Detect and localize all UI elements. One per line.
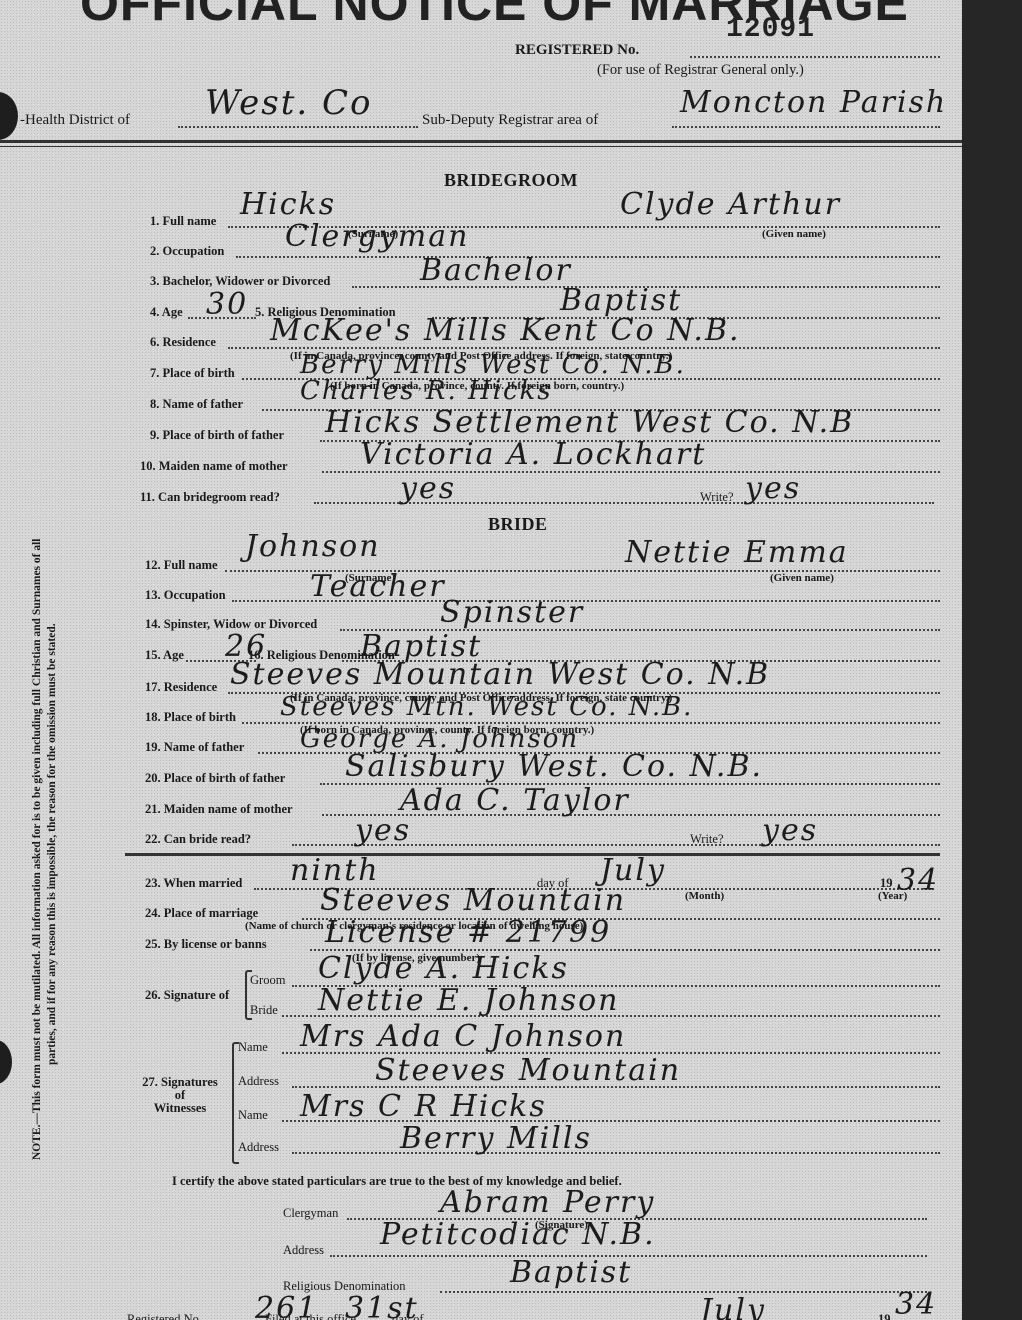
field-label: 21. Maiden name of mother [145,802,293,817]
write-label: Write? [700,490,734,505]
field-label: 20. Place of birth of father [145,771,285,786]
bride-surname: Johnson [245,532,381,562]
field-label: 8. Name of father [150,397,243,412]
witness-1-address: Steeves Mountain [375,1056,681,1086]
scan-edge [962,0,1022,1320]
field-label: 15. Age [145,648,184,663]
field-label: 7. Place of birth [150,366,235,381]
dotted-line [690,56,940,58]
bride-place-of-birth: Steeves Mtn. West Co. N.B. [280,694,693,720]
witnesses-label-line: Witnesses [125,1102,235,1115]
field-label: 19. Name of father [145,740,244,755]
field-label: 13. Occupation [145,588,226,603]
bride-marital-status: Spinster [440,598,584,628]
groom-given-name: Clyde Arthur [620,190,841,220]
groom-father-birthplace: Hicks Settlement West Co. N.B [325,408,854,438]
clergyman-label: Clergyman [283,1206,338,1221]
witness-1-name: Mrs Ada C Johnson [300,1022,626,1052]
witness-address-label: Address [238,1140,279,1155]
groom-surname: Hicks [240,190,336,220]
bride-mother-maiden-name: Ada C. Taylor [400,786,630,816]
groom-denomination: Baptist [560,286,682,316]
clergyman-address-label: Address [283,1243,324,1258]
field-label: 10. Maiden name of mother [140,459,288,474]
bride-signature-label: Bride [250,1003,278,1018]
marriage-notice-document: OFFICIAL NOTICE OF MARRIAGE 12091 REGIST… [0,0,962,1320]
when-married-label: 23. When married [145,876,242,891]
filed-month: July [700,1296,766,1320]
header-rule [0,140,962,143]
section-rule [125,853,940,856]
marriage-day: ninth [290,856,380,886]
groom-marital-status: Bachelor [420,256,572,286]
groom-mother-maiden-name: Victoria A. Lockhart [360,440,706,470]
field-label: 18. Place of birth [145,710,236,725]
bride-occupation: Teacher [310,572,446,602]
groom-signature-label: Groom [250,973,285,988]
signature-of-label: 26. Signature of [145,988,229,1003]
side-note: NOTE.—This form must not be mutilated. A… [30,360,60,1160]
year-prefix: 19 [880,876,893,891]
marriage-place: Steeves Mountain [320,886,626,916]
field-label: 11. Can bridegroom read? [140,490,280,505]
punch-hole [0,1040,12,1084]
filed-year-prefix: 19 [878,1312,891,1320]
health-district-label: -Health District of [20,112,130,129]
field-label: 6. Residence [150,335,216,350]
license-label: 25. By license or banns [145,937,267,952]
bride-can-read: yes [355,816,411,846]
header-rule [0,146,962,147]
registered-number-stamp: 12091 [726,14,815,45]
bride-residence: Steeves Mountain West Co. N.B [230,660,770,690]
dotted-line [178,126,418,128]
field-label: 1. Full name [150,214,216,229]
groom-can-write: yes [745,474,801,504]
year-caption: (Year) [878,890,907,902]
witnesses-label: 27. Signatures of Witnesses [125,1076,235,1115]
dotted-line [292,1152,940,1154]
dotted-line [440,1291,927,1293]
filed-year: 34 [895,1290,937,1320]
groom-father-name: Charles R. Hicks [300,378,553,404]
groom-age: 30 [206,290,248,320]
punch-hole [0,92,18,140]
license-number: License # 21799 [325,918,611,948]
marriage-month: July [600,856,666,886]
filed-label: Filed at this office [265,1312,356,1320]
bride-signature: Nettie E. Johnson [318,986,619,1016]
health-district-value: West. Co [205,86,373,120]
clergyman-address: Petitcodiac N.B. [380,1220,656,1250]
sub-deputy-label: Sub-Deputy Registrar area of [422,112,598,129]
groom-signature: Clyde A. Hicks [318,954,569,984]
field-label: 17. Residence [145,680,217,695]
field-label: 12. Full name [145,558,218,573]
field-label: 4. Age [150,305,183,320]
witness-name-label: Name [238,1040,268,1055]
write-label: Write? [690,832,724,847]
groom-occupation: Clergyman [285,222,469,252]
place-of-marriage-label: 24. Place of marriage [145,906,258,921]
groom-residence: McKee's Mills Kent Co N.B. [270,316,741,346]
clergyman-denomination: Baptist [510,1258,632,1288]
witness-2-address: Berry Mills [400,1124,592,1154]
groom-can-read: yes [400,474,456,504]
bride-father-birthplace: Salisbury West. Co. N.B. [345,752,763,782]
dotted-line [672,126,940,128]
witness-address-label: Address [238,1074,279,1089]
given-name-caption: (Given name) [762,228,826,240]
field-label: 9. Place of birth of father [150,428,284,443]
bride-can-write: yes [762,816,818,846]
field-label: 22. Can bride read? [145,832,251,847]
groom-place-of-birth: Berry Mills West Co. N.B. [300,352,686,378]
side-note-line: parties, and if for any reason this is i… [45,360,60,1160]
bridegroom-heading: BRIDEGROOM [444,170,578,191]
witness-2-name: Mrs C R Hicks [300,1092,547,1122]
bride-heading: BRIDE [488,514,548,535]
registered-no-label: Registered No. [127,1312,202,1320]
registrar-note: (For use of Registrar General only.) [597,62,804,79]
field-label: 2. Occupation [150,244,224,259]
filed-day-of-label: day of [392,1312,424,1320]
sub-deputy-value: Moncton Parish [680,88,947,118]
dotted-line [236,256,940,258]
month-caption: (Month) [685,890,724,902]
witness-name-label: Name [238,1108,268,1123]
bride-given-name: Nettie Emma [625,538,849,568]
side-note-line: NOTE.—This form must not be mutilated. A… [30,360,45,1160]
clergyman-signature: Abram Perry [440,1188,655,1218]
registered-label: REGISTERED No. [515,42,639,59]
given-name-caption: (Given name) [770,572,834,584]
